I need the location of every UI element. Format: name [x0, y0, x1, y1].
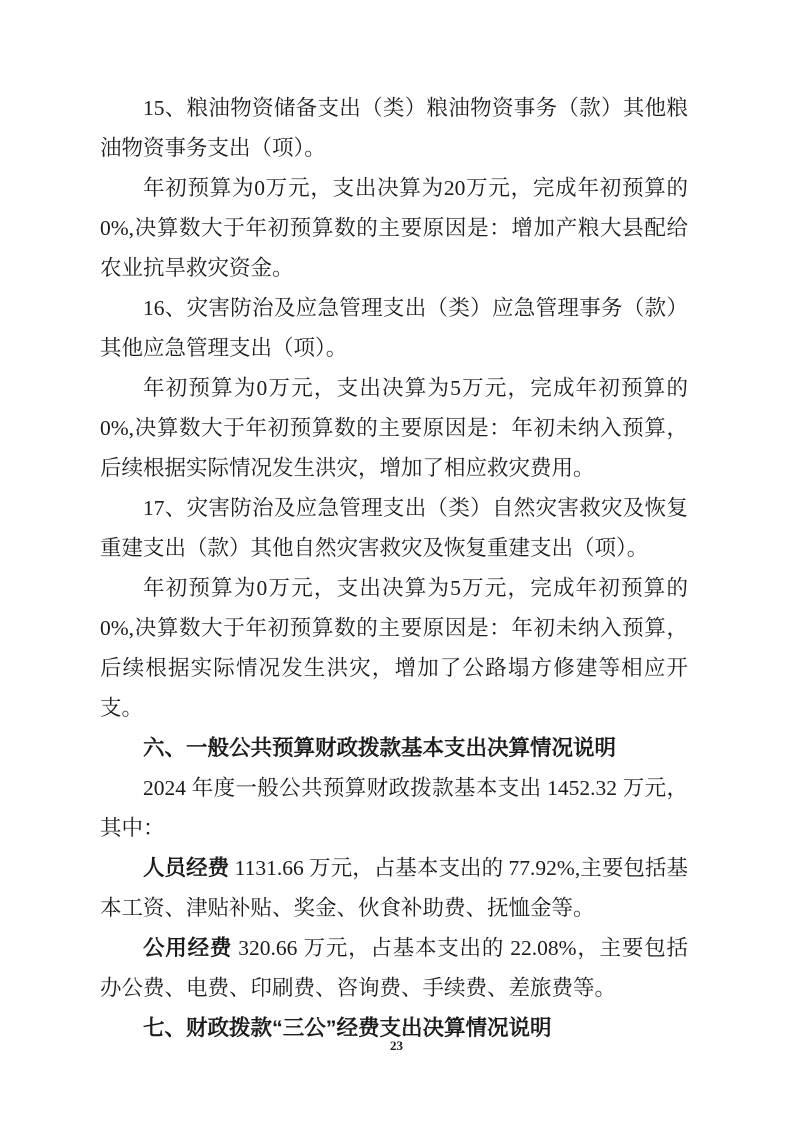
paragraph: 年初预算为0万元，支出决算为5万元，完成年初预算的0%,决算数大于年初预算数的主… [100, 368, 688, 488]
text-run: 年初预算为0万元，支出决算为5万元，完成年初预算的0%,决算数大于年初预算数的主… [100, 376, 688, 480]
paragraph: 2024 年度一般公共预算财政拨款基本支出 1452.32 万元，其中： [100, 768, 688, 848]
text-run: 年初预算为0万元，支出决算为5万元，完成年初预算的0%,决算数大于年初预算数的主… [100, 576, 688, 720]
text-run: 15、粮油物资储备支出（类）粮油物资事务（款）其他粮油物资事务支出（项）。 [100, 96, 688, 160]
document-page: 15、粮油物资储备支出（类）粮油物资事务（款）其他粮油物资事务支出（项）。年初预… [0, 0, 793, 1122]
paragraph: 人员经费 1131.66 万元，占基本支出的 77.92%,主要包括基本工资、津… [100, 848, 688, 928]
text-run: 17、灾害防治及应急管理支出（类）自然灾害救灾及恢复重建支出（款）其他自然灾害救… [100, 496, 688, 560]
emphasis-text: 公用经费 [143, 936, 232, 960]
paragraph: 年初预算为0万元，支出决算为20万元，完成年初预算的0%,决算数大于年初预算数的… [100, 168, 688, 288]
page-number: 23 [0, 1038, 793, 1054]
text-run: 年初预算为0万元，支出决算为20万元，完成年初预算的0%,决算数大于年初预算数的… [100, 176, 688, 280]
text-run: 2024 年度一般公共预算财政拨款基本支出 1452.32 万元，其中： [100, 776, 688, 840]
emphasis-text: 七、财政拨款“三公”经费支出决算情况说明 [143, 1016, 552, 1040]
emphasis-text: 人员经费 [143, 856, 229, 880]
emphasis-text: 六、一般公共预算财政拨款基本支出决算情况说明 [143, 736, 616, 760]
section-heading: 六、一般公共预算财政拨款基本支出决算情况说明 [100, 728, 688, 768]
text-run: 16、灾害防治及应急管理支出（类）应急管理事务（款）其他应急管理支出（项）。 [100, 296, 688, 360]
paragraph: 17、灾害防治及应急管理支出（类）自然灾害救灾及恢复重建支出（款）其他自然灾害救… [100, 488, 688, 568]
paragraph: 公用经费 320.66 万元，占基本支出的 22.08%，主要包括办公费、电费、… [100, 928, 688, 1008]
paragraph: 16、灾害防治及应急管理支出（类）应急管理事务（款）其他应急管理支出（项）。 [100, 288, 688, 368]
document-body: 15、粮油物资储备支出（类）粮油物资事务（款）其他粮油物资事务支出（项）。年初预… [100, 88, 688, 1048]
paragraph: 年初预算为0万元，支出决算为5万元，完成年初预算的0%,决算数大于年初预算数的主… [100, 568, 688, 728]
paragraph: 15、粮油物资储备支出（类）粮油物资事务（款）其他粮油物资事务支出（项）。 [100, 88, 688, 168]
